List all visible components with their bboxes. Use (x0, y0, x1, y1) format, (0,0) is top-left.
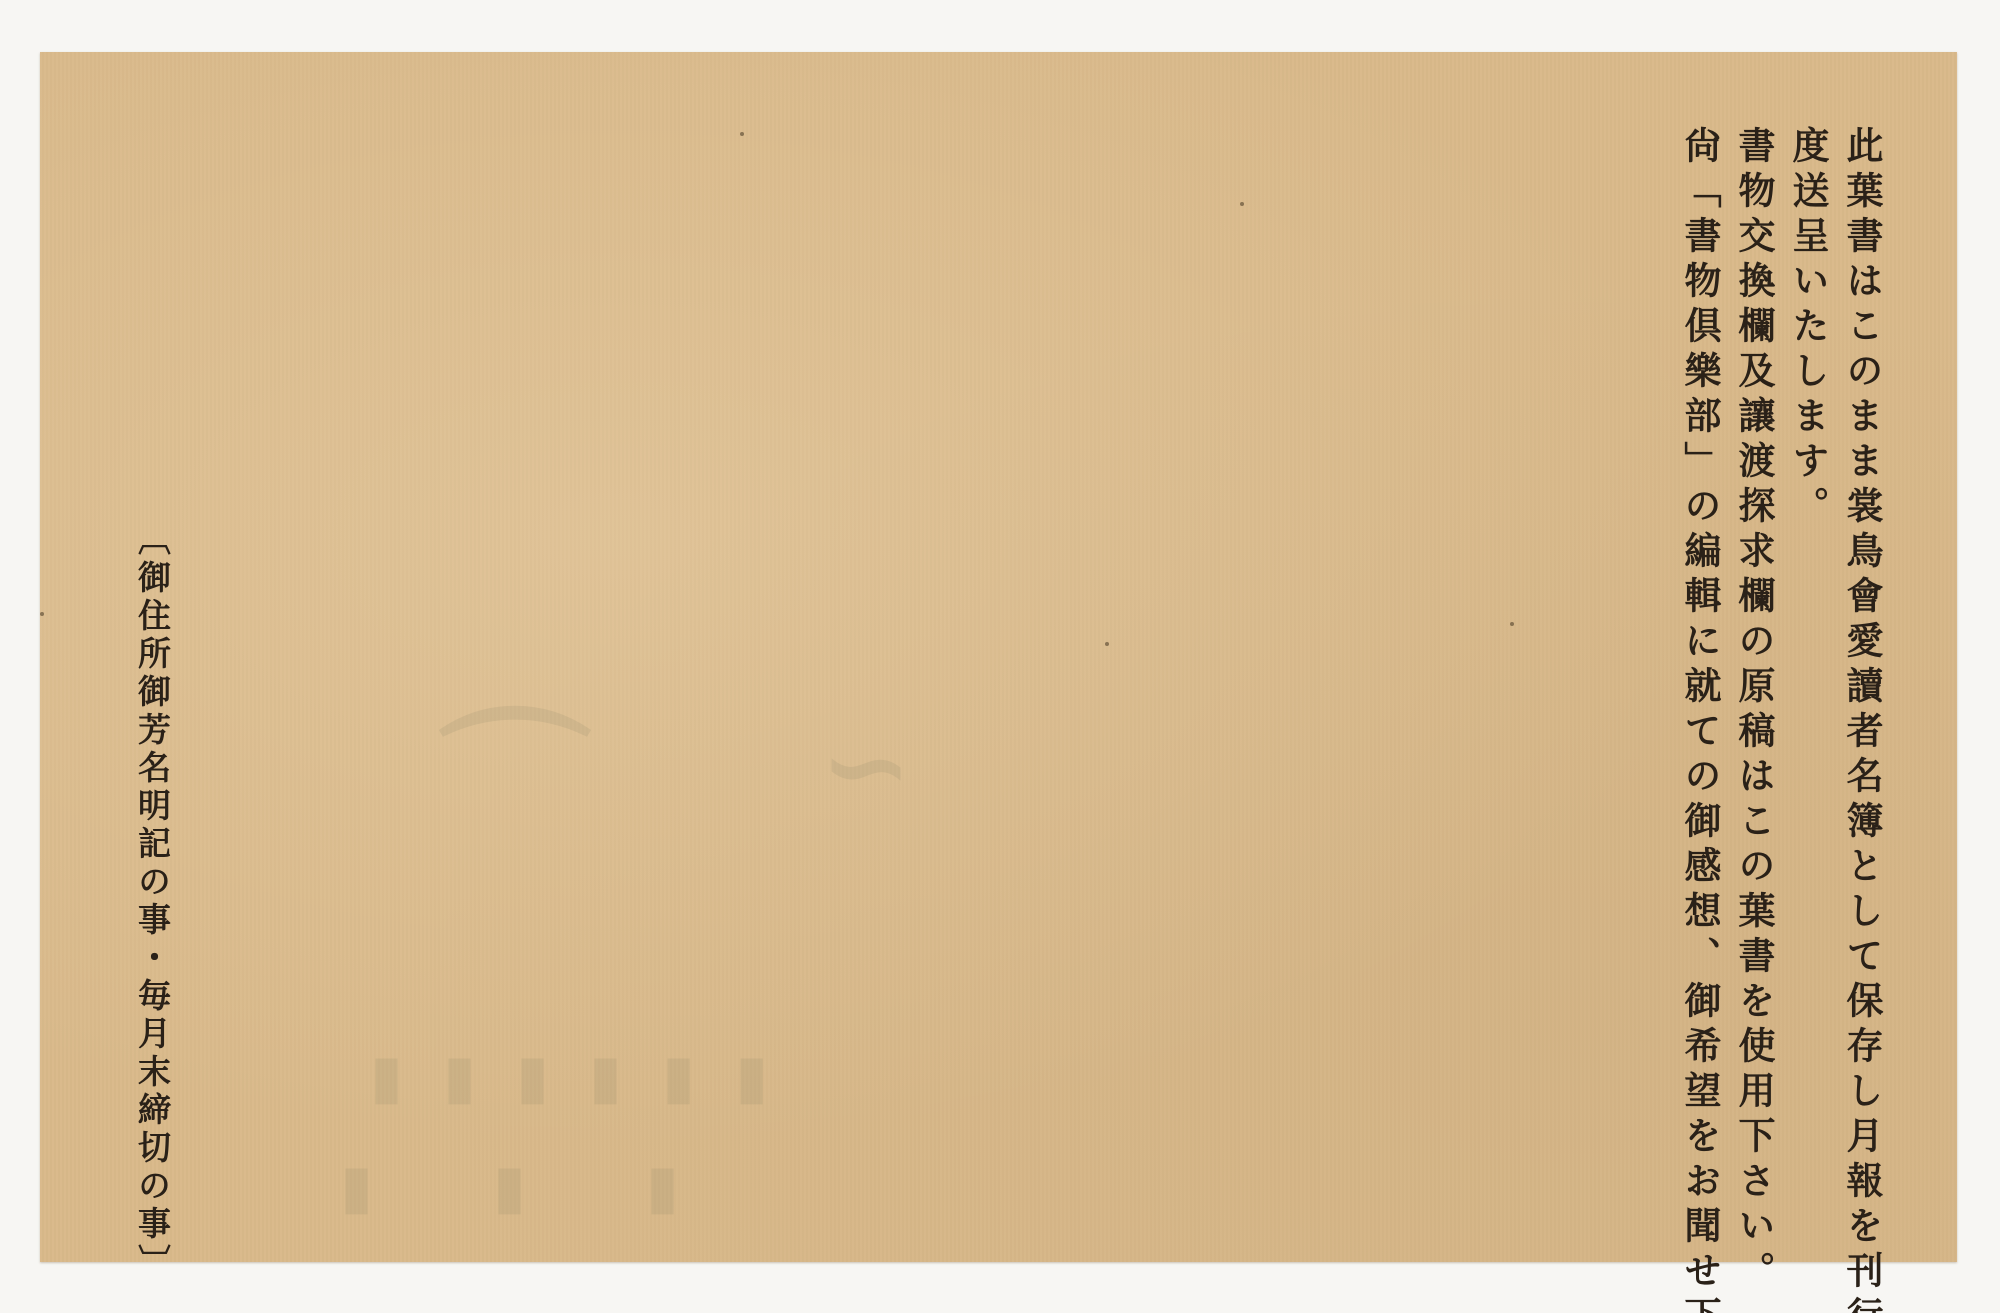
main-notice-text: 此葉書はこのまま裳鳥會愛讀者名簿として保存し月報を刊行の都 度送呈いたします。 … (1673, 126, 1889, 1276)
notice-line-4: 尙「書物倶樂部」の編輯に就ての御感想、御希望をお聞せ下さい (1673, 126, 1727, 1276)
postcard: ⌒ ∽ ▮▮▮▮▮▮ ▮▮▮ 此葉書はこのまま裳鳥會愛讀者名簿として保存し月報を… (40, 52, 1957, 1262)
show-through-mark: ▮▮▮ (340, 1152, 799, 1222)
show-through-mark: ∽ (820, 702, 912, 830)
notice-line-2: 度送呈いたします。 (1781, 126, 1835, 1276)
address-instruction-note: 〔御住所御芳名明記の事・毎月末締切の事〕 (132, 522, 172, 1282)
show-through-mark: ▮▮▮▮▮▮ (370, 1042, 808, 1112)
paper-speck (1240, 202, 1244, 206)
paper-speck (40, 612, 44, 616)
scanned-postcard-page: ⌒ ∽ ▮▮▮▮▮▮ ▮▮▮ 此葉書はこのまま裳鳥會愛讀者名簿として保存し月報を… (0, 0, 2000, 1313)
notice-line-1: 此葉書はこのまま裳鳥會愛讀者名簿として保存し月報を刊行の都 (1835, 126, 1889, 1276)
paper-speck (1510, 622, 1514, 626)
paper-speck (1105, 642, 1109, 646)
show-through-mark: ⌒ (440, 662, 590, 878)
paper-speck (740, 132, 744, 136)
notice-line-3: 書物交換欄及讓渡探求欄の原稿はこの葉書を使用下さい。 (1727, 126, 1781, 1276)
